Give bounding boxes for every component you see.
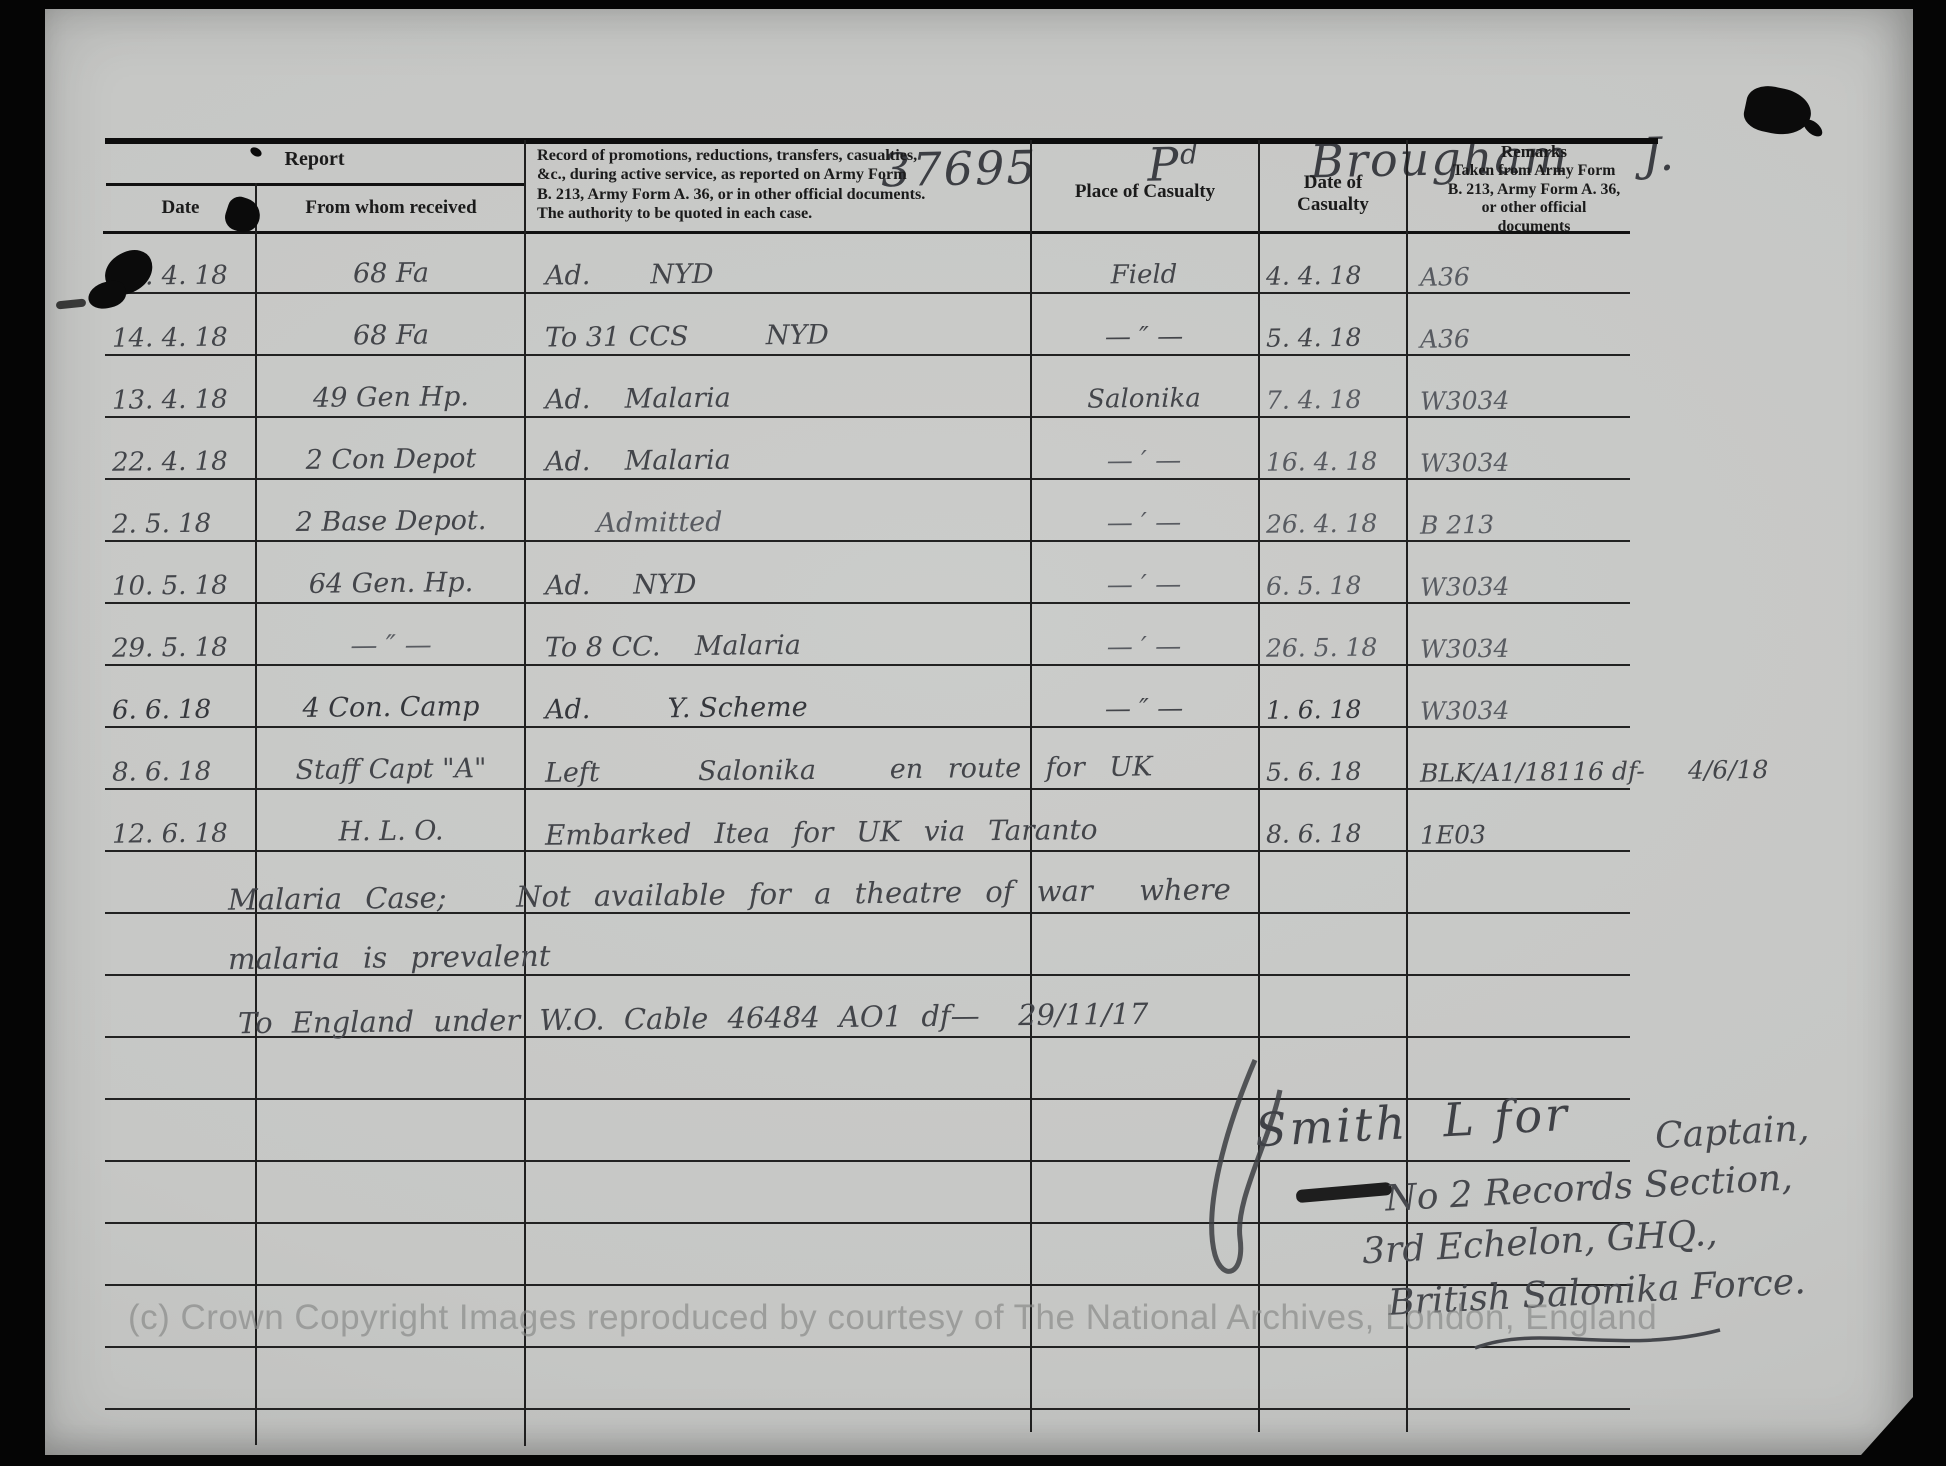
cell-from-whom: — ″ — [262, 628, 520, 665]
page-title: 37695 Pd Brougham J. [660, 57, 1676, 136]
note-line-2: malaria is prevalent [228, 936, 828, 976]
cell-remarks: W3034 [1420, 691, 1750, 728]
cell-from-whom: 64 Gen. Hp. [262, 566, 520, 603]
report-underline [106, 183, 524, 186]
cell-record: Ad. NYD [545, 564, 1030, 603]
cell-report-date: 29. 5. 18 [112, 630, 252, 665]
cell-report-date: 2. 5. 18 [112, 506, 252, 541]
divider-from-record [524, 140, 526, 1446]
header-date-of-casualty: Date of Casualty [1262, 172, 1404, 216]
cell-from-whom: H. L. O. [262, 814, 520, 851]
header-record-line1: Record of promotions, reductions, transf… [537, 146, 1029, 165]
cell-remarks-margin-note: 4/6/18 [1688, 752, 1838, 788]
cell-from-whom: 4 Con. Camp [262, 690, 520, 727]
cell-from-whom: Staff Capt "A" [262, 752, 520, 789]
divider-record-place [1030, 140, 1032, 1432]
cell-report-date: 14. 4. 18 [112, 320, 252, 355]
cell-place: Salonika [1035, 381, 1253, 417]
cell-report-date: 22. 4. 18 [112, 444, 252, 479]
cell-place: — ′ — [1035, 567, 1253, 603]
header-place-of-casualty: Place of Casualty [1035, 181, 1255, 203]
header-record-line2: &c., during active service, as reported … [537, 165, 1029, 184]
header-report: Report [105, 148, 524, 171]
photo-blemish-top-right-tail [1801, 116, 1826, 139]
ink-blot-row1-streak [56, 298, 87, 309]
cell-place: — ″ — [1035, 319, 1253, 355]
cell-from-whom: 2 Base Depot. [262, 504, 520, 541]
cell-casualty-date: 4. 4. 18 [1266, 258, 1406, 293]
cell-remarks: A36 [1420, 319, 1750, 356]
cell-casualty-date: 26. 5. 18 [1266, 630, 1406, 665]
cell-remarks: W3034 [1420, 443, 1750, 480]
header-remarks-line2: Taken from Army Form [1412, 162, 1656, 181]
cell-place: Field [1035, 257, 1253, 293]
cell-place: — ′ — [1035, 629, 1253, 665]
cell-from-whom: 68 Fa [262, 318, 520, 355]
cell-from-whom: 68 Fa [262, 256, 520, 293]
cell-from-whom: 2 Con Depot [262, 442, 520, 479]
cell-record: To 31 CCS NYD [545, 316, 1030, 355]
cell-from-whom: 49 Gen Hp. [262, 380, 520, 417]
cell-report-date: 13. 4. 18 [112, 382, 252, 417]
header-remarks-block: Remarks Taken from Army Form B. 213, Arm… [1412, 143, 1656, 237]
cell-place: — ′ — [1035, 443, 1253, 479]
cell-record: Admitted [545, 502, 1030, 541]
cell-casualty-date: 5. 4. 18 [1266, 320, 1406, 355]
crown-copyright-watermark: (c) Crown Copyright Images reproduced by… [128, 1298, 1657, 1338]
cell-remarks: B 213 [1420, 505, 1750, 542]
signature-rank: Captain, [1654, 1108, 1810, 1157]
cell-remarks: W3034 [1420, 381, 1750, 418]
cell-record: Ad. Malaria [545, 440, 1030, 479]
cell-report-date: 8. 6. 18 [112, 754, 252, 789]
header-record-line3: B. 213, Army Form A. 36, or in other off… [537, 185, 1029, 204]
cell-casualty-date: 1. 6. 18 [1266, 692, 1406, 727]
header-remarks-line1: Remarks [1412, 143, 1656, 162]
cell-report-date: 12. 6. 18 [112, 816, 252, 851]
cell-record: Ad. Malaria [545, 378, 1030, 417]
cell-remarks: 1E03 [1420, 815, 1750, 852]
cell-casualty-date: 16. 4. 18 [1266, 444, 1406, 479]
header-remarks-line5: documents [1412, 218, 1656, 237]
header-remarks-line3: B. 213, Army Form A. 36, [1412, 181, 1656, 200]
cell-casualty-date: 6. 5. 18 [1266, 568, 1406, 603]
scanned-service-record: 37695 Pd Brougham J. Report Date From wh… [0, 0, 1946, 1466]
cell-casualty-date: 5. 6. 18 [1266, 754, 1406, 789]
cell-remarks: W3034 [1420, 567, 1750, 604]
photo-blemish-top-right [1741, 82, 1815, 141]
cell-place: — ″ — [1035, 691, 1253, 727]
cell-report-date: 6. 6. 18 [112, 692, 252, 727]
header-bottom-rule [103, 231, 1630, 234]
signature-pen-stroke [1185, 1050, 1305, 1310]
header-from-whom: From whom received [262, 197, 520, 219]
cell-casualty-date: 7. 4. 18 [1266, 382, 1406, 417]
cell-report-date: 10. 5. 18 [112, 568, 252, 603]
cell-record: Ad. NYD [545, 254, 1030, 293]
header-remarks-line4: or other official [1412, 199, 1656, 218]
header-record-line4: The authority to be quoted in each case. [537, 204, 1029, 223]
divider-date-from [255, 183, 257, 1445]
cell-casualty-date: 8. 6. 18 [1266, 816, 1406, 851]
cell-place: — ′ — [1035, 505, 1253, 541]
document-content: 37695 Pd Brougham J. Report Date From wh… [0, 0, 1946, 1466]
header-record-block: Record of promotions, reductions, transf… [537, 146, 1029, 224]
cell-remarks: W3034 [1420, 629, 1750, 666]
cell-record: Ad. Y. Scheme [545, 688, 1030, 727]
cell-casualty-date: 26. 4. 18 [1266, 506, 1406, 541]
cell-remarks: A36 [1420, 257, 1750, 294]
cell-record: To 8 CC. Malaria [545, 626, 1030, 665]
